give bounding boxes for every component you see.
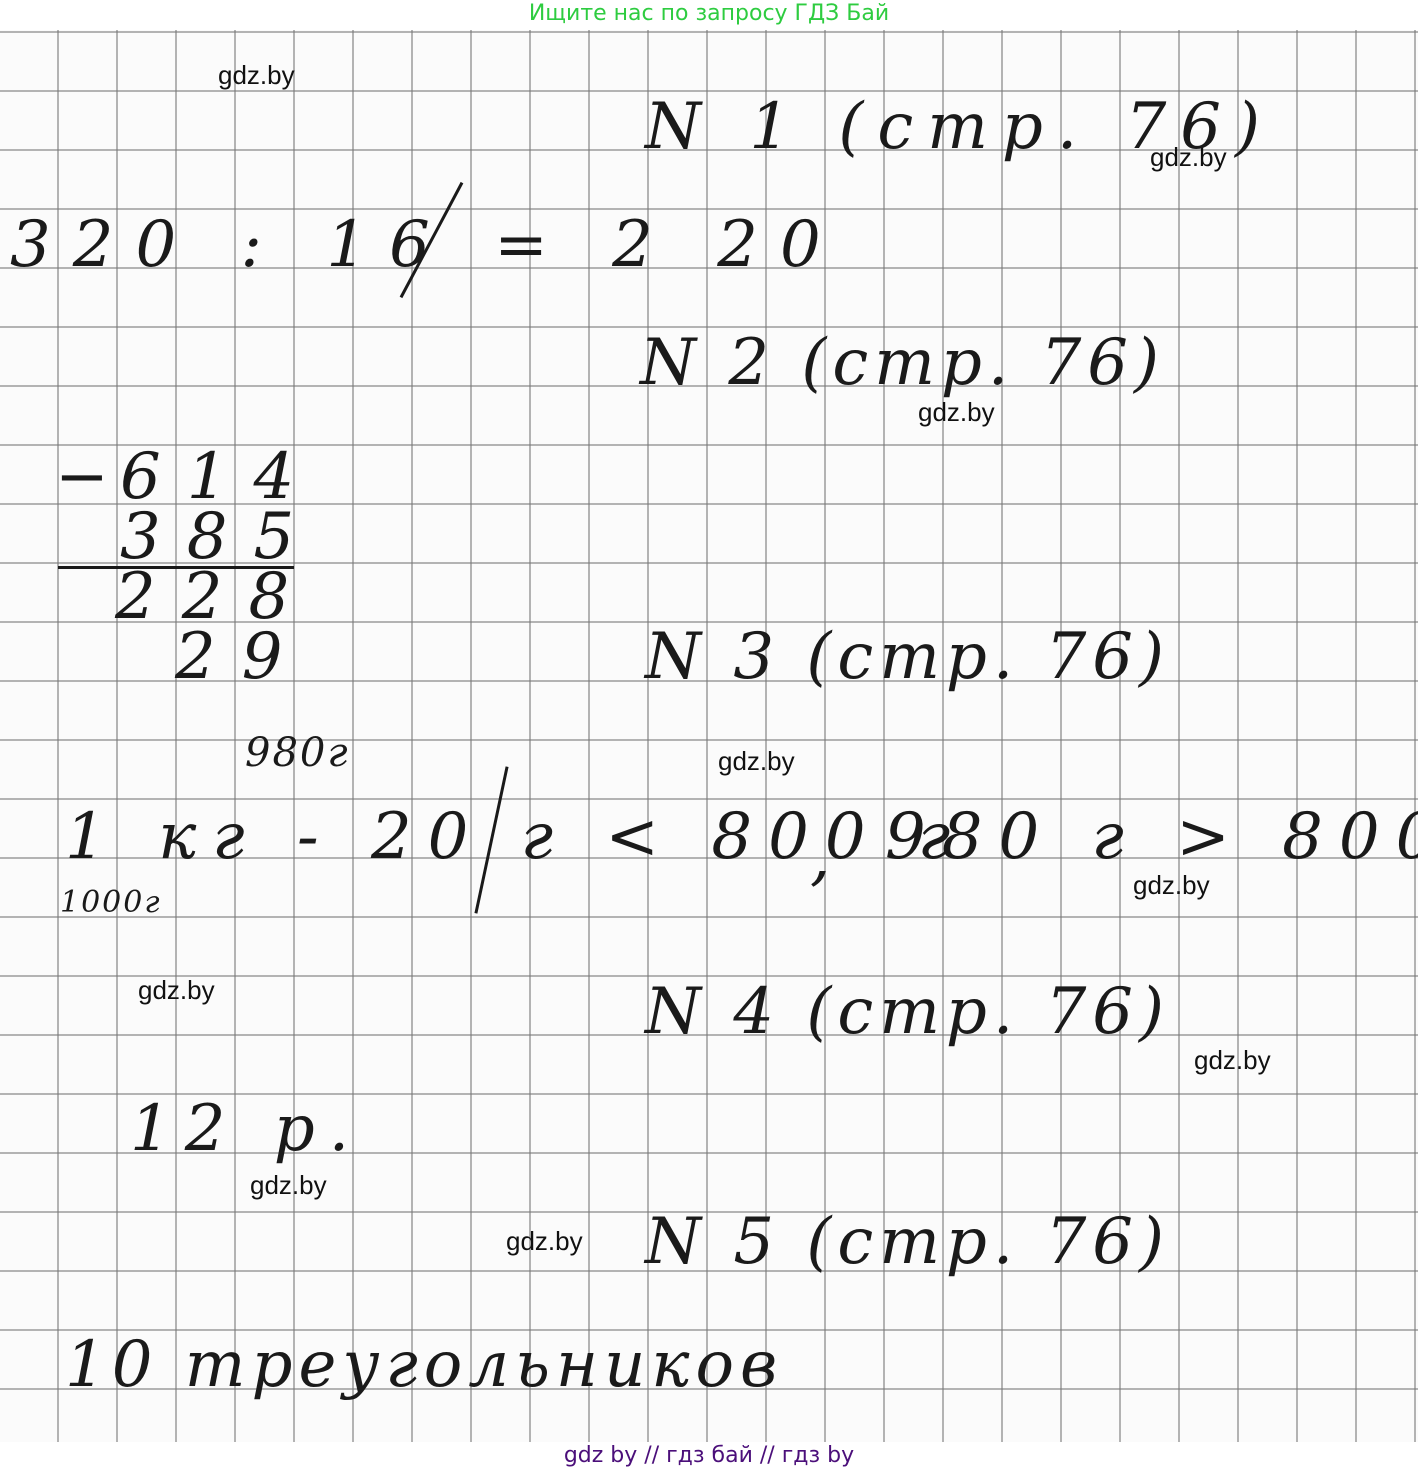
watermark: gdz.by [250, 1170, 327, 1201]
annotation-below: 1000г [60, 885, 162, 920]
footer-links[interactable]: gdz by // гдз бай // гдз by [0, 1442, 1418, 1473]
separator: , [810, 820, 830, 894]
minus-sign: − [55, 440, 109, 514]
task-4-heading: N 4 (стр. 76) [645, 975, 1170, 1049]
task-3-expression: 1 кг - 20 г < 800 г [65, 800, 966, 874]
task-5-answer: 10 треугольников [65, 1328, 783, 1402]
task-2-heading: N 2 (стр. 76) [640, 326, 1165, 400]
watermark: gdz.by [1194, 1045, 1271, 1076]
notebook-page: gdz.by gdz.by gdz.by gdz.by gdz.by gdz.b… [0, 30, 1418, 1442]
task-4-answer: 12 р. [130, 1092, 363, 1166]
extra-digits: 29 [175, 620, 308, 694]
task-5-heading: N 5 (стр. 76) [645, 1205, 1170, 1279]
watermark: gdz.by [138, 975, 215, 1006]
search-banner[interactable]: Ищите нас по запросу ГДЗ Бай [0, 0, 1418, 30]
watermark: gdz.by [918, 397, 995, 428]
watermark: gdz.by [218, 60, 295, 91]
watermark: gdz.by [1133, 870, 1210, 901]
annotation-above: 980г [245, 730, 350, 776]
task-3-heading: N 3 (стр. 76) [645, 620, 1170, 694]
task-1-heading: N 1 (стр. 76) [645, 90, 1274, 164]
task-3-correction: 980 г > 800 г [885, 800, 1418, 874]
watermark: gdz.by [718, 746, 795, 777]
watermark: gdz.by [506, 1226, 583, 1257]
